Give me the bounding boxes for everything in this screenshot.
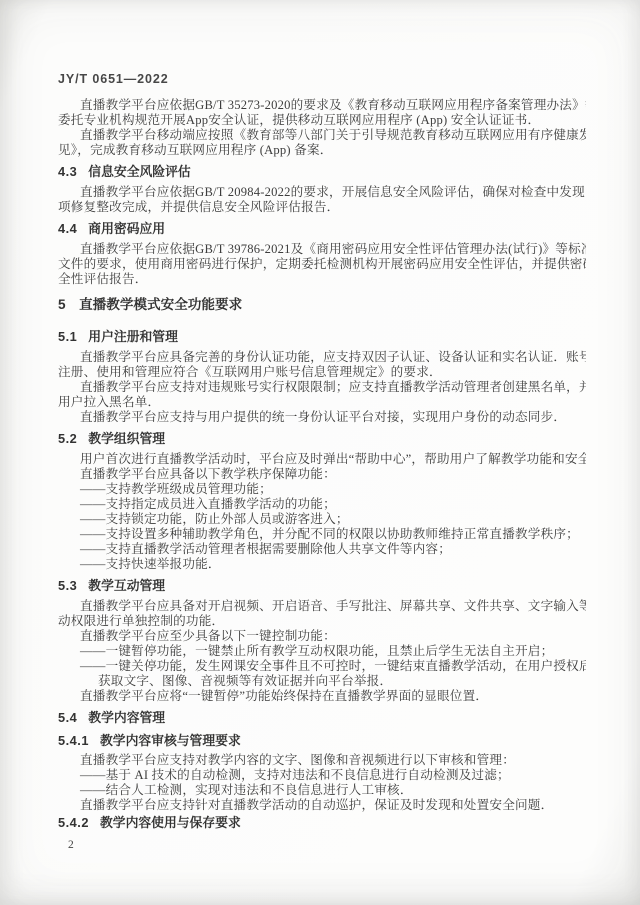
text-line: ——支持直播教学活动管理者根据需要删除他人共享文件等内容；: [58, 542, 586, 557]
text-line: 动权限进行单独控制的功能．: [58, 614, 586, 629]
text-line: 项修复整改完成，并提供信息安全风险评估报告．: [58, 200, 586, 215]
section-number: 4.3: [58, 164, 77, 179]
document-code-header: JY/T 0651—2022: [58, 72, 586, 86]
text-line: 直播教学平台应支持针对直播教学活动的自动巡护，保证及时发现和处置安全问题．: [58, 798, 586, 813]
text-line: ——一键关停功能，发生网课安全事件且不可控时，一键结束直播教学活动，在用户授权后…: [58, 659, 586, 674]
text-line: ——一键暂停功能，一键禁止所有教学互动权限功能，且禁止后学生无法自主开启；: [58, 644, 586, 659]
text-line: 直播教学平台移动端应按照《教育部等八部门关于引导规范教育移动互联网应用有序健康发…: [58, 128, 586, 143]
text-line: 文件的要求，使用商用密码进行保护，定期委托检测机构开展密码应用安全性评估，并提供…: [58, 257, 586, 272]
section-heading-5.4: 5.4教学内容管理: [58, 710, 586, 725]
text-line: ——结合人工检测，实现对违法和不良信息进行人工审核．: [58, 783, 586, 798]
section-title: 教学内容审核与管理要求: [100, 733, 241, 748]
section-number: 5.1: [58, 329, 77, 344]
section-heading-4.4: 4.4商用密码应用: [58, 221, 586, 236]
text-line: 直播教学平台应依据GB/T 20984-2022的要求，开展信息安全风险评估，确…: [58, 185, 586, 200]
text-line: 直播教学平台应依据GB/T 35273-2020的要求及《教育移动互联网应用程序…: [58, 98, 586, 113]
text-line: 直播教学平台应支持对教学内容的文字、图像和音视频进行以下审核和管理：: [58, 753, 586, 768]
section-title: 用户注册和管理: [88, 329, 178, 344]
text-line: ——支持指定成员进入直播教学活动的功能；: [58, 497, 586, 512]
text-line: ——支持锁定功能，防止外部人员或游客进入；: [58, 512, 586, 527]
document-body: 直播教学平台应依据GB/T 35273-2020的要求及《教育移动互联网应用程序…: [58, 98, 586, 835]
text-line: 直播教学平台应具备以下教学秩序保障功能：: [58, 467, 586, 482]
section-title: 教学内容使用与保存要求: [100, 815, 241, 830]
text-line: ——支持快速举报功能．: [58, 557, 586, 572]
section-heading-5.4.2: 5.4.2教学内容使用与保存要求: [58, 815, 586, 830]
section-heading-4.3: 4.3信息安全风险评估: [58, 164, 586, 179]
section-number: 5: [58, 297, 66, 312]
section-number: 4.4: [58, 221, 77, 236]
text-line: 获取文字、图像、音视频等有效证据并向平台举报．: [58, 674, 586, 689]
text-line: 直播教学平台应具备完善的身份认证功能，应支持双因子认证、设备认证和实名认证．账号…: [58, 350, 586, 365]
section-title: 信息安全风险评估: [88, 164, 190, 179]
text-line: 直播教学平台应支持与用户提供的统一身份认证平台对接，实现用户身份的动态同步．: [58, 410, 586, 425]
text-line: 委托专业机构规范开展App安全认证，提供移动互联网应用程序 (App) 安全认证…: [58, 113, 586, 128]
section-heading-5: 5直播教学模式安全功能要求: [58, 297, 586, 313]
section-heading-5.3: 5.3教学互动管理: [58, 578, 586, 593]
section-title: 教学互动管理: [88, 578, 165, 593]
text-line: 全性评估报告．: [58, 272, 586, 287]
section-number: 5.4.1: [58, 733, 89, 748]
document-page: JY/T 0651—2022 直播教学平台应依据GB/T 35273-2020的…: [0, 0, 640, 905]
section-number: 5.3: [58, 578, 77, 593]
section-title: 教学内容管理: [88, 710, 165, 725]
text-line: 用户首次进行直播教学活动时，平台应及时弹出“帮助中心”，帮助用户了解教学功能和安…: [58, 452, 586, 467]
page-number: 2: [68, 838, 586, 852]
section-title: 直播教学模式安全功能要求: [79, 297, 242, 312]
section-title: 商用密码应用: [88, 221, 165, 236]
text-line: ——基于 AI 技术的自动检测，支持对违法和不良信息进行自动检测及过滤；: [58, 768, 586, 783]
section-number: 5.4.2: [58, 815, 89, 830]
section-number: 5.2: [58, 431, 77, 446]
section-heading-5.2: 5.2教学组织管理: [58, 431, 586, 446]
text-line: 直播教学平台应将“一键暂停”功能始终保持在直播教学界面的显眼位置．: [58, 689, 586, 704]
text-line: ——支持设置多种辅助教学角色，并分配不同的权限以协助教师维持正常直播教学秩序；: [58, 527, 586, 542]
text-line: 直播教学平台应具备对开启视频、开启语音、手写批注、屏幕共享、文件共享、文字输入等…: [58, 599, 586, 614]
text-line: 注册、使用和管理应符合《互联网用户账号信息管理规定》的要求．: [58, 365, 586, 380]
text-line: ——支持教学班级成员管理功能；: [58, 482, 586, 497]
text-line: 直播教学平台应支持对违规账号实行权限限制；应支持直播教学活动管理者创建黑名单，并…: [58, 380, 586, 395]
section-number: 5.4: [58, 710, 77, 725]
text-line: 直播教学平台应至少具备以下一键控制功能：: [58, 629, 586, 644]
text-line: 见》，完成教育移动互联网应用程序 (App) 备案．: [58, 143, 586, 158]
section-heading-5.1: 5.1用户注册和管理: [58, 329, 586, 344]
text-line: 直播教学平台应依据GB/T 39786-2021及《商用密码应用安全性评估管理办…: [58, 242, 586, 257]
section-title: 教学组织管理: [88, 431, 165, 446]
section-heading-5.4.1: 5.4.1教学内容审核与管理要求: [58, 733, 586, 748]
text-line: 用户拉入黑名单．: [58, 395, 586, 410]
